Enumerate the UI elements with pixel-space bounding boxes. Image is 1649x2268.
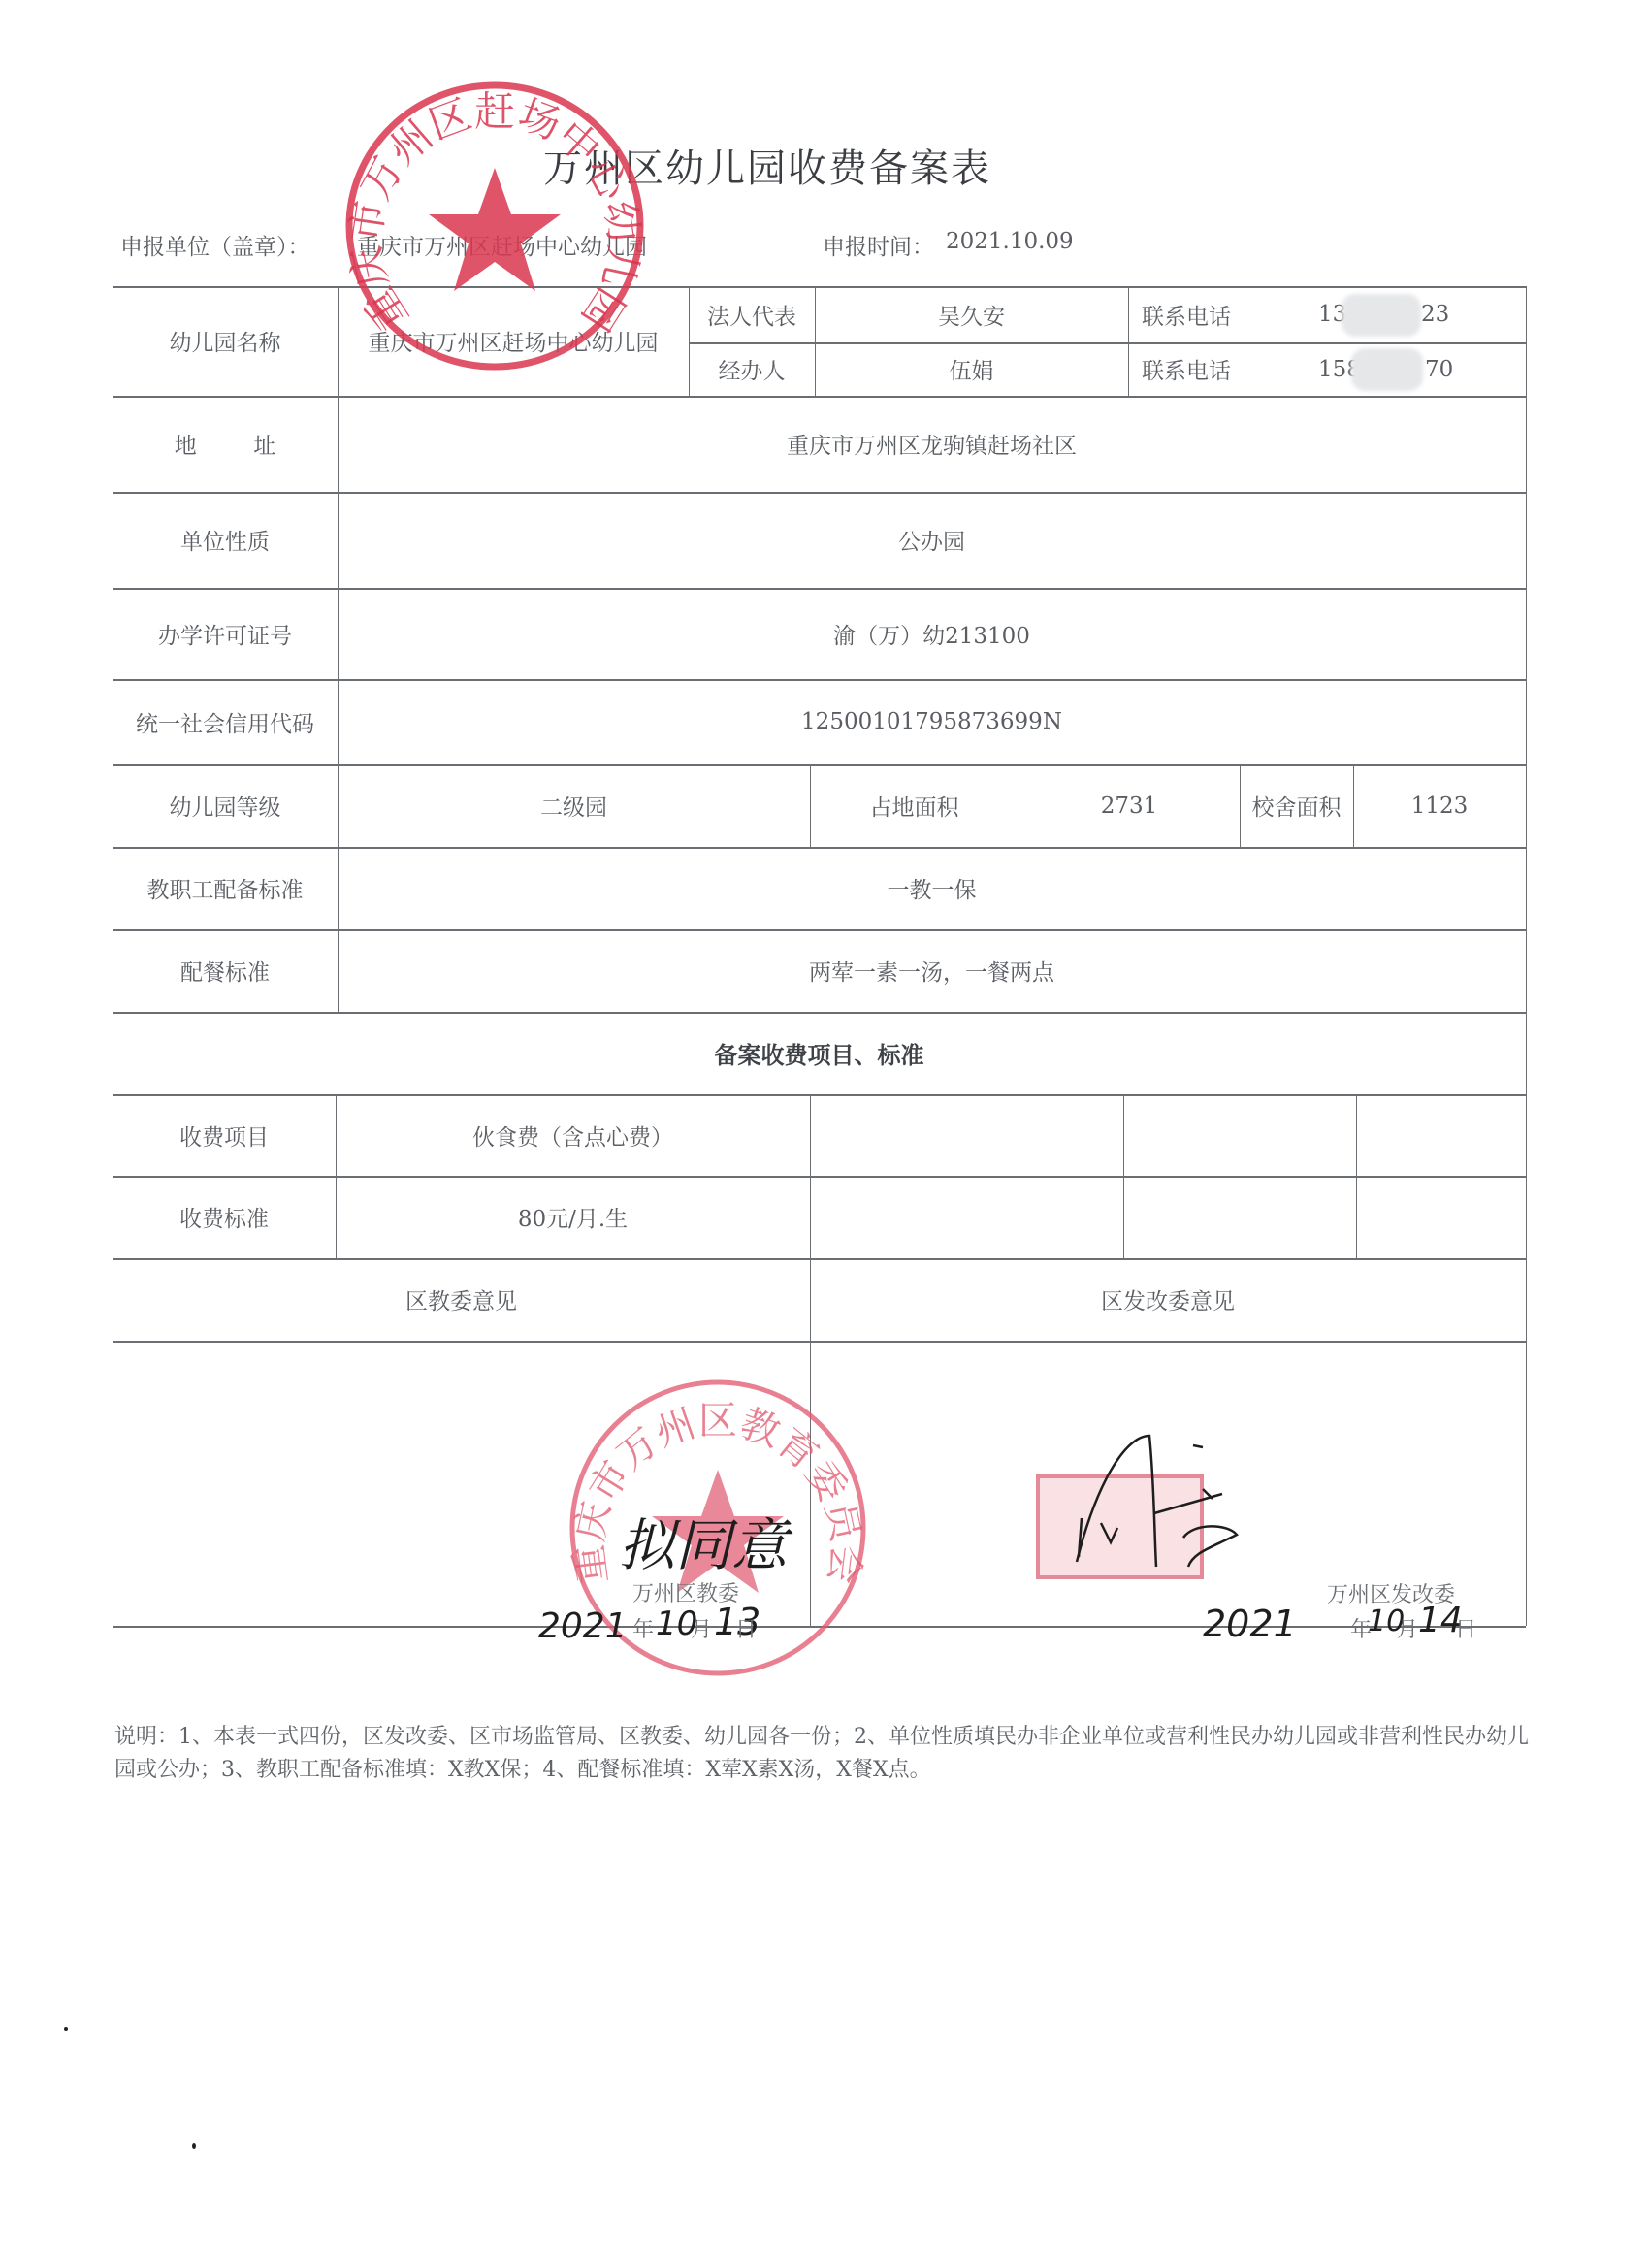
fee-item-label: 收费项目 — [113, 1094, 336, 1176]
scan-speck — [192, 2143, 196, 2149]
grade-label: 幼儿园等级 — [113, 764, 338, 847]
meal-standard-value: 两荤一素一汤，一餐两点 — [338, 929, 1526, 1012]
table-line — [1356, 1094, 1357, 1258]
unit-nature-value: 公办园 — [338, 492, 1526, 588]
date-value: 2021.10.09 — [946, 229, 1074, 254]
redacted-phone-digits — [1351, 348, 1423, 391]
edu-month-label: 月 — [691, 1613, 712, 1643]
handler-value: 伍娟 — [815, 342, 1128, 396]
grade-value: 二级园 — [338, 764, 810, 847]
building-area-label: 校舍面积 — [1240, 764, 1353, 847]
signature-icon — [1057, 1426, 1251, 1581]
handler-label: 经办人 — [689, 342, 815, 396]
fee-section-title: 备案收费项目、标准 — [113, 1012, 1526, 1094]
handler-phone-label: 联系电话 — [1128, 342, 1245, 396]
address-value: 重庆市万州区龙驹镇赶场社区 — [338, 396, 1526, 492]
staff-standard-label: 教职工配备标准 — [113, 847, 338, 929]
unit-label: 申报单位（盖章）： — [120, 229, 310, 261]
legal-rep-phone-value: 13 23 — [1245, 286, 1526, 342]
edu-year-handwritten: 2021 — [538, 1606, 628, 1646]
redacted-phone-digits — [1342, 294, 1421, 337]
ndrc-opinion-label: 区发改委意见 — [810, 1258, 1526, 1341]
meal-standard-label: 配餐标准 — [113, 929, 338, 1012]
date-label: 申报时间： — [823, 229, 934, 261]
table-line — [1123, 1094, 1124, 1258]
license-label: 办学许可证号 — [113, 588, 338, 679]
table-border-right — [1526, 286, 1527, 1626]
kindergarten-name-label: 幼儿园名称 — [113, 286, 338, 396]
edu-day-label: 日 — [735, 1613, 757, 1643]
footnote: 说明：1、本表一式四份，区发改委、区市场监管局、区教委、幼儿园各一份；2、单位性… — [114, 1721, 1531, 1787]
fee-standard-value: 80元/月.生 — [336, 1176, 810, 1258]
ndrc-year-handwritten: 2021 — [1203, 1603, 1297, 1645]
fee-item-value: 伙食费（含点心费） — [336, 1094, 810, 1176]
scan-speck — [64, 2027, 68, 2031]
unit-nature-label: 单位性质 — [113, 492, 338, 588]
ndrc-signature — [1057, 1426, 1251, 1581]
ndrc-day-label: 日 — [1455, 1613, 1476, 1643]
phone-visible-end: 23 — [1421, 286, 1449, 342]
legal-rep-phone-label: 联系电话 — [1128, 286, 1245, 342]
phone-visible-end: 70 — [1425, 342, 1453, 396]
land-area-label: 占地面积 — [810, 764, 1018, 847]
handler-phone-value: 158 70 — [1245, 342, 1526, 396]
stamp-icon: 重庆市万州区赶场中心幼儿园 — [339, 76, 650, 376]
edu-year-label: 年 — [632, 1613, 654, 1643]
applicant-stamp: 重庆市万州区赶场中心幼儿园 — [339, 76, 650, 376]
credit-code-label: 统一社会信用代码 — [113, 679, 338, 764]
address-label: 地 址 — [113, 396, 338, 492]
ndrc-month-label: 月 — [1397, 1613, 1418, 1643]
building-area-value: 1123 — [1353, 764, 1526, 847]
edu-handwritten-approval: 拟同意 — [619, 1500, 788, 1581]
credit-code-value: 12500101795873699N — [338, 679, 1526, 764]
staff-standard-value: 一教一保 — [338, 847, 1526, 929]
license-value: 渝（万）幼213100 — [338, 588, 1526, 679]
legal-rep-value: 吴久安 — [815, 286, 1128, 342]
legal-rep-label: 法人代表 — [689, 286, 815, 342]
land-area-value: 2731 — [1018, 764, 1240, 847]
edu-opinion-label: 区教委意见 — [113, 1258, 810, 1341]
table-line — [113, 1341, 1526, 1343]
fee-standard-label: 收费标准 — [113, 1176, 336, 1258]
